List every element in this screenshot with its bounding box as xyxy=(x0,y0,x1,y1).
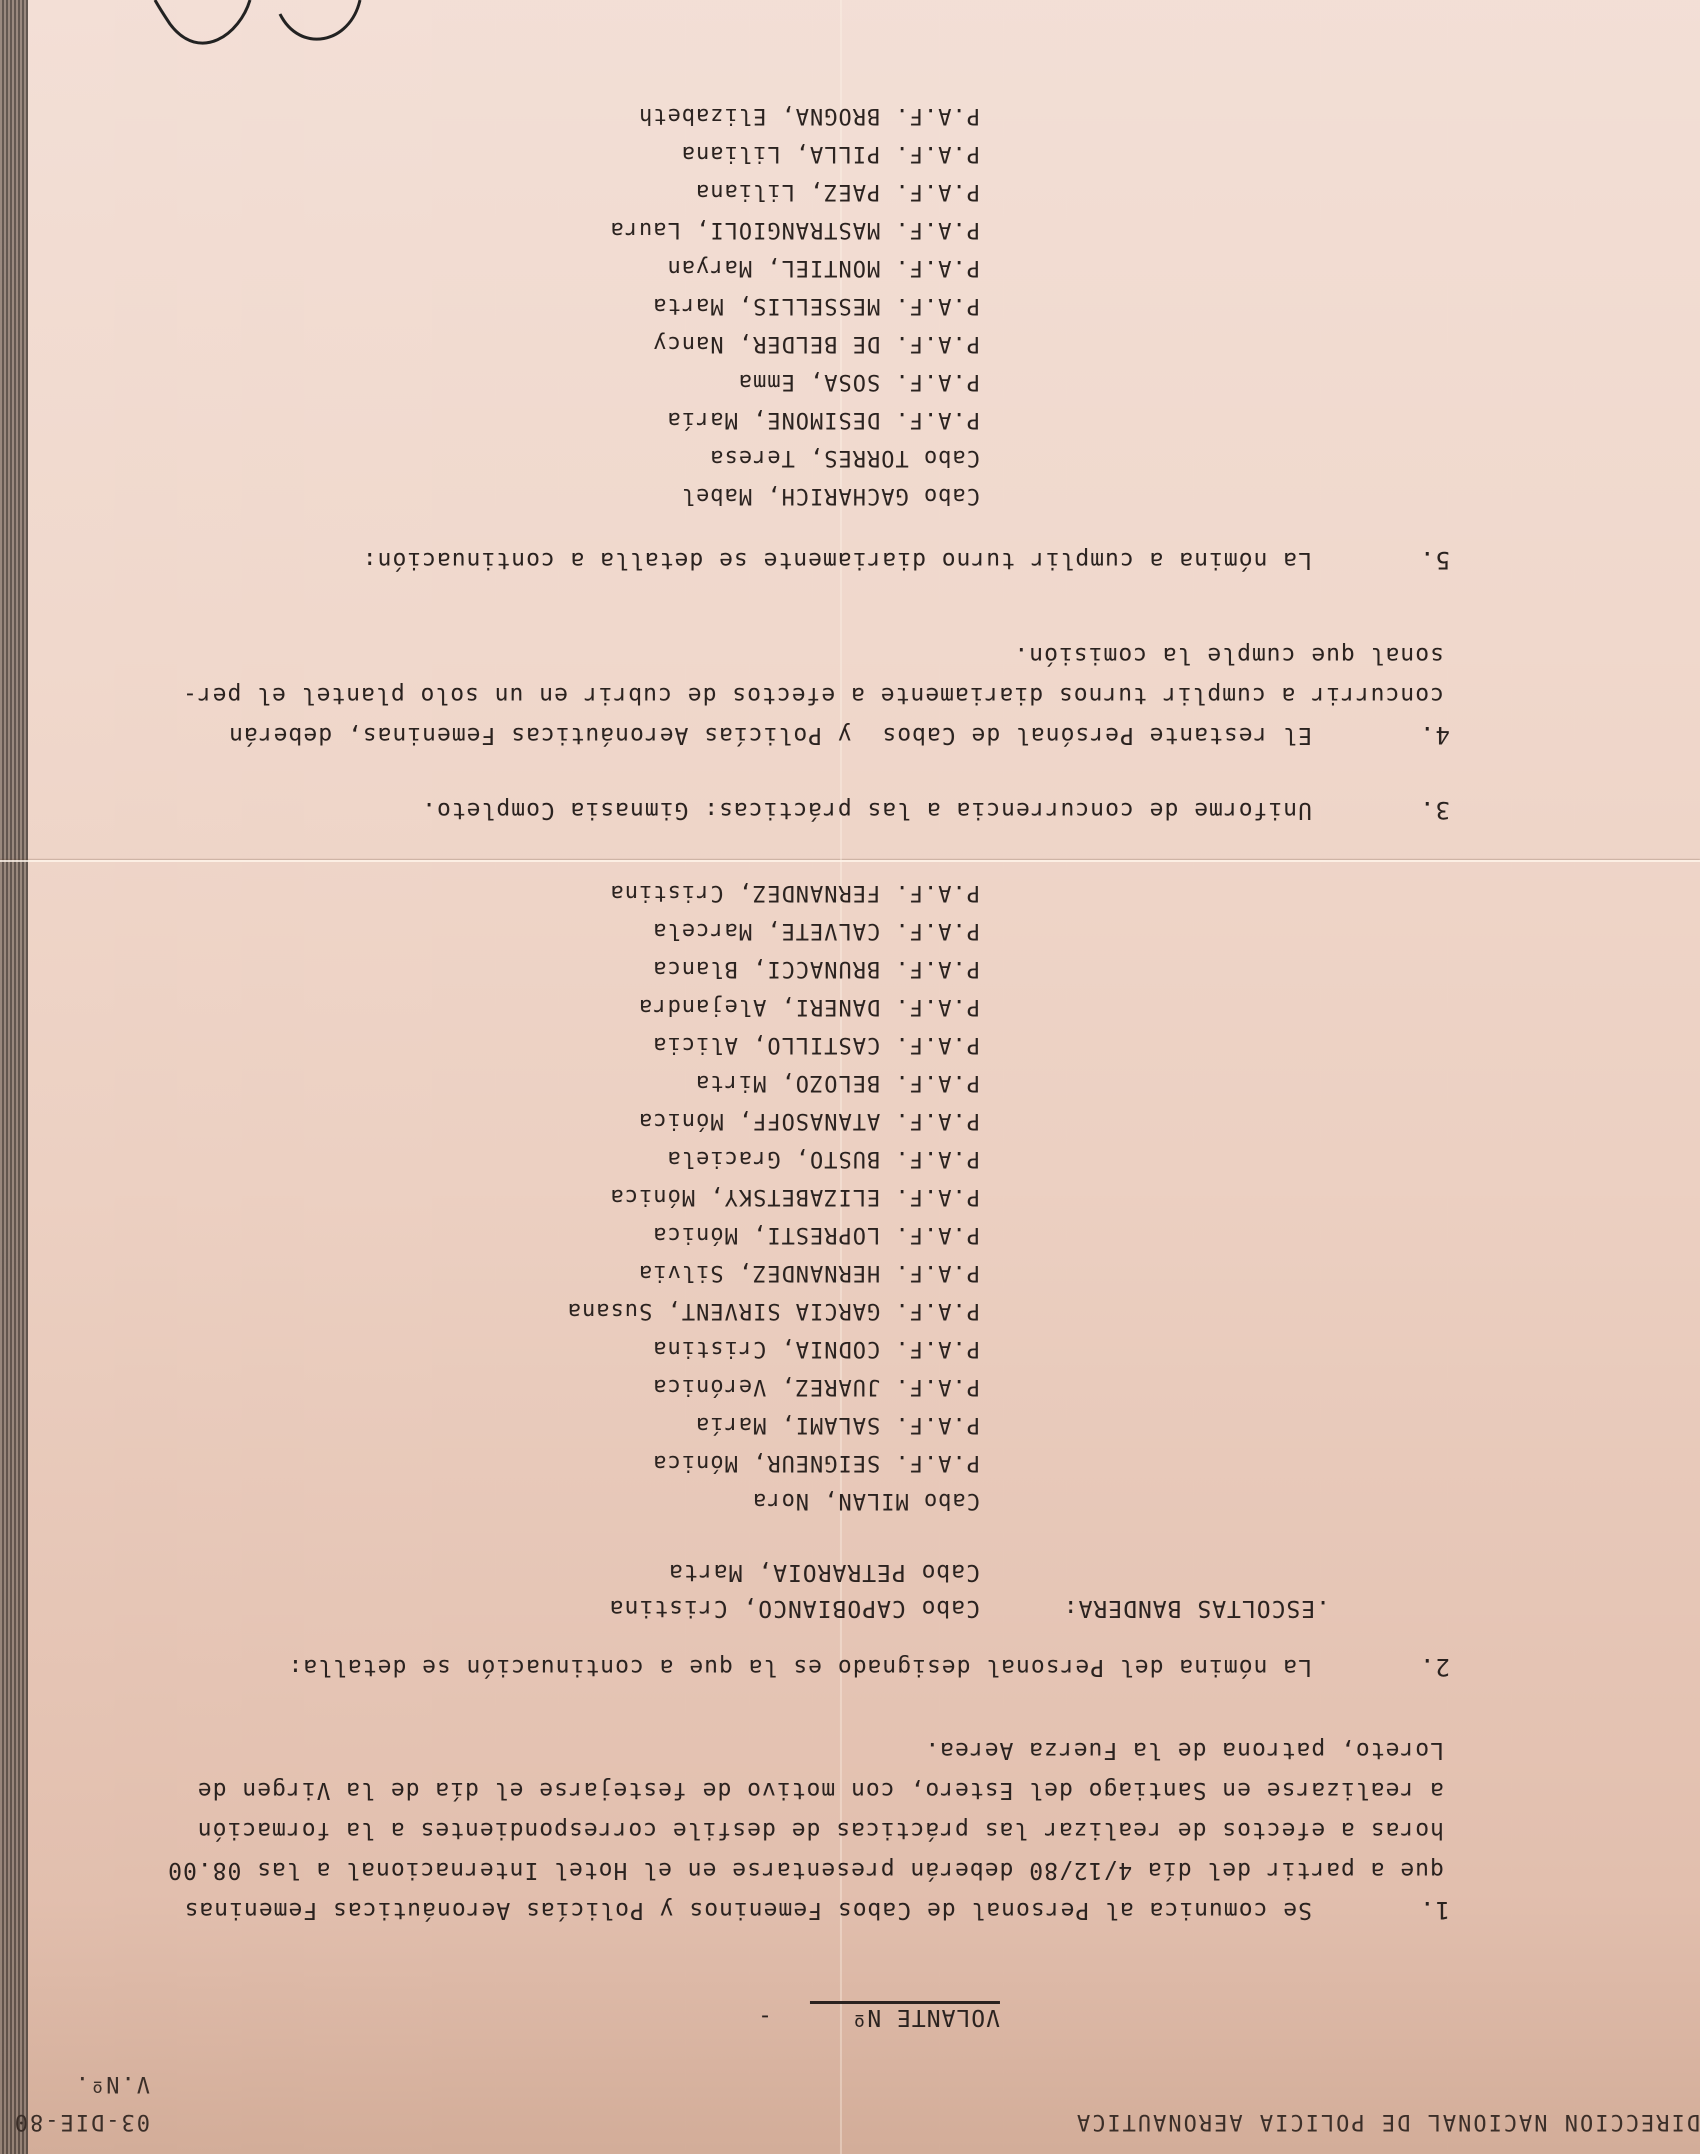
paragraph-line: Uniforme de concurrencia a las prácticas… xyxy=(421,791,1312,829)
document-page: DIRECCION NACIONAL DE POLICIA AERONAUTIC… xyxy=(0,0,1700,2154)
list-item: P.A.F. DANERI, Alejandra xyxy=(638,987,980,1025)
title-number: - xyxy=(757,1998,772,2036)
escolta-entry: Cabo CAPOBIANCO, Cristina xyxy=(609,1589,980,1627)
list-item: P.A.F. BRUNACCI, Blanca xyxy=(652,949,980,987)
list-item: P.A.F. MONTIEL, Maryan xyxy=(667,248,980,286)
signature-mark xyxy=(110,0,370,74)
list-item: P.A.F. HERNANDEZ, Silvia xyxy=(638,1253,980,1291)
list-item: P.A.F. SOSA, Emma xyxy=(738,362,980,400)
fold-line xyxy=(0,860,1700,862)
list-item: P.A.F. CODNIA, Cristina xyxy=(652,1329,980,1367)
list-item: P.A.F. GARCIA SIRVENT, Susana xyxy=(567,1291,980,1329)
list-item: Cabo GACHARICH, Mabel xyxy=(681,476,980,514)
paragraph-line: Se comunica al Personal de Cabos Femenin… xyxy=(184,1891,1312,1929)
paragraph-line: Loreto, patrona de la Fuerza Aerea. xyxy=(924,1731,1444,1769)
paragraph-line: a realizarse en Santiago del Estero, con… xyxy=(197,1771,1444,1809)
list-item: P.A.F. MASTRANGIOLI, Laura xyxy=(610,210,980,248)
document-reference: V.Nº. .- xyxy=(0,2064,150,2102)
paragraph-line: que a partir del día 4/12/80 deberán pre… xyxy=(167,1851,1444,1889)
list-item: P.A.F. ELIZABETSKY, Mónica xyxy=(610,1177,980,1215)
item-number: 2. xyxy=(1419,1648,1450,1686)
item-number: 5. xyxy=(1419,541,1450,579)
item-number: 3. xyxy=(1419,791,1450,829)
list-item: P.A.F. BUSTO, Graciela xyxy=(667,1139,980,1177)
list-item: P.A.F. BELOZO, Mirta xyxy=(695,1063,980,1101)
document-date: 03-DIE-80 xyxy=(13,2102,150,2140)
list-item: P.A.F. JUAREZ, Verónica xyxy=(652,1367,980,1405)
list-item: P.A.F. CALVETE, Marcela xyxy=(652,911,980,949)
list-item: P.A.F. DE BELDER, Nancy xyxy=(652,324,980,362)
paragraph-line: concurrir a cumplir turnos diariamente a… xyxy=(182,676,1444,714)
list-item: P.A.F. MESSELLIS, Marta xyxy=(652,286,980,324)
list-item: P.A.F. SEIGNEUR, Mónica xyxy=(652,1443,980,1481)
list-item: P.A.F. LOPRESTI, Mónica xyxy=(652,1215,980,1253)
list-item: P.A.F. SALAMI, María xyxy=(695,1405,980,1443)
list-item: P.A.F. ATANASOFF, Mónica xyxy=(638,1101,980,1139)
binding-edge xyxy=(0,0,28,2154)
escolta-entry: Cabo PETRAROIA, Marta xyxy=(668,1553,980,1591)
list-item: Cabo TORRES, Teresa xyxy=(709,438,980,476)
list-item: P.A.F. PAEZ, Liliana xyxy=(695,172,980,210)
item-number: 4. xyxy=(1419,716,1450,754)
list-item: P.A.F. BROGNA, Elizabeth xyxy=(638,96,980,134)
institution-header: DIRECCION NACIONAL DE POLICIA AERONAUTIC… xyxy=(1075,2102,1700,2140)
list-item: P.A.F. DESIMONE, María xyxy=(667,400,980,438)
list-item: P.A.F. PILLA, Liliana xyxy=(681,134,980,172)
list-item: Cabo MILAN, Nora xyxy=(752,1481,980,1519)
paragraph-line: La nómina a cumplir turno diariamente se… xyxy=(362,541,1312,579)
paragraph-line: La nómina del Personal designado es la q… xyxy=(288,1648,1312,1686)
paragraph-line: sonal que cumple la comisión. xyxy=(1013,636,1444,674)
list-item: P.A.F. FERNANDEZ, Cristina xyxy=(610,873,980,911)
title-underline xyxy=(810,2001,1000,2004)
item-number: 1. xyxy=(1419,1891,1450,1929)
list-item: P.A.F. CASTILLO, Alicia xyxy=(652,1025,980,1063)
escoltas-label: .ESCOLTAS BANDERA: xyxy=(1063,1589,1330,1627)
paragraph-line: El restante Persónal de Cabos y Policías… xyxy=(228,716,1312,754)
paragraph-line: horas a efectos de realizar las práctica… xyxy=(197,1811,1444,1849)
